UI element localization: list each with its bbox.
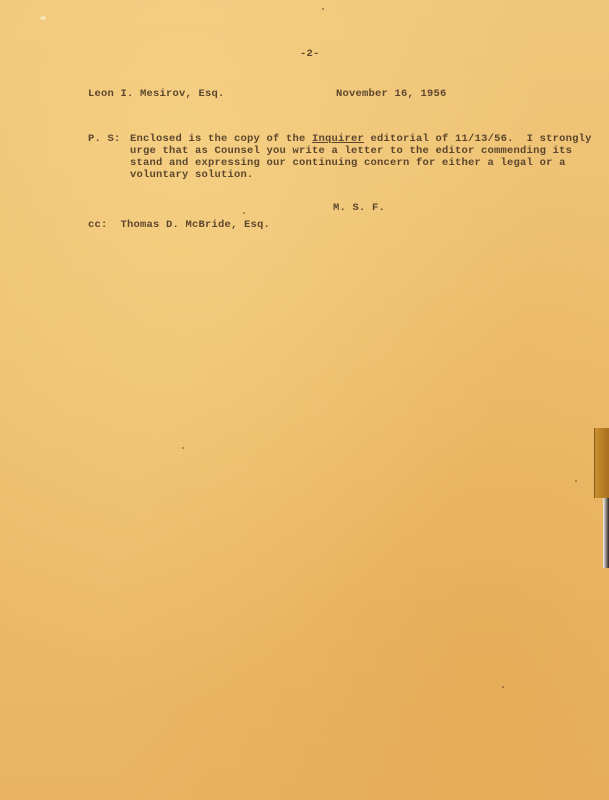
page-number: -2- [300,48,320,60]
letter-date: November 16, 1956 [336,88,447,100]
folder-tab [594,428,609,498]
paper-speck [575,480,577,482]
paper-speck [322,8,324,10]
addressee: Leon I. Mesirov, Esq. [88,88,225,100]
sender-initials: M. S. F. [333,202,385,214]
postscript-label: P. S: [88,133,121,145]
paper-speck [182,447,184,449]
postscript-body: Enclosed is the copy of the Inquirer edi… [130,133,570,181]
postscript-line: Enclosed is the copy of the Inquirer edi… [130,133,570,145]
page-edge-shadow [603,498,609,568]
carbon-copy-line: cc: Thomas D. McBride, Esq. [88,219,270,231]
document-page: -2- Leon I. Mesirov, Esq. November 16, 1… [0,0,609,800]
postscript-line: stand and expressing our continuing conc… [130,157,570,169]
newspaper-title: Inquirer [312,133,364,145]
paper-speck [40,16,46,20]
postscript-line: urge that as Counsel you write a letter … [130,145,570,157]
postscript-line: voluntary solution. [130,169,570,181]
paper-speck [243,212,245,214]
paper-speck [502,686,504,688]
